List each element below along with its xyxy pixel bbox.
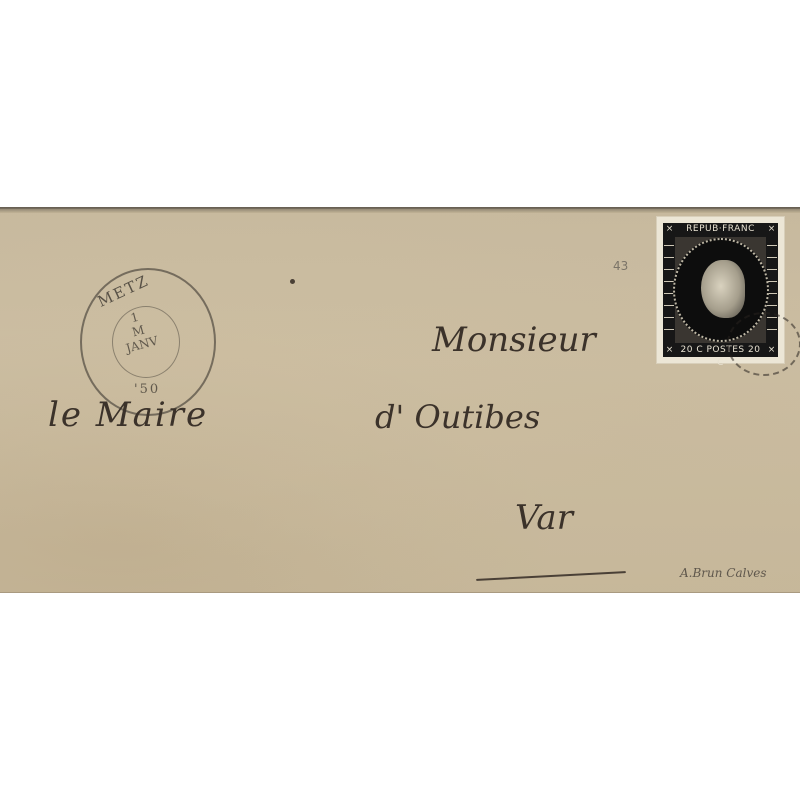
cancellation-mark: [727, 312, 800, 376]
expert-signature: A.Brun Calves: [680, 566, 767, 580]
pencil-number: 43: [613, 259, 628, 273]
stamp-corner-cross-icon: ×: [663, 344, 676, 357]
postmark-metz: METZ 1 M JANV '50: [80, 268, 216, 416]
stamp-corner-cross-icon: ×: [663, 223, 676, 236]
address-line-2a: le Maire: [48, 395, 208, 435]
stamp-corner-cross-icon: ×: [765, 223, 778, 236]
ceres-head-icon: [701, 260, 745, 318]
stamp-top-text: REPUB·FRANC: [677, 223, 764, 236]
address-line-2b: d' Outibes: [375, 398, 540, 436]
ink-spot: [290, 279, 295, 284]
ceres-stamp: × × × × REPUB·FRANC 20 C POSTES 20 C: [657, 217, 784, 363]
envelope-top-fold: [0, 207, 800, 213]
address-line-1: Monsieur: [432, 320, 596, 360]
address-line-3: Var: [515, 498, 573, 538]
